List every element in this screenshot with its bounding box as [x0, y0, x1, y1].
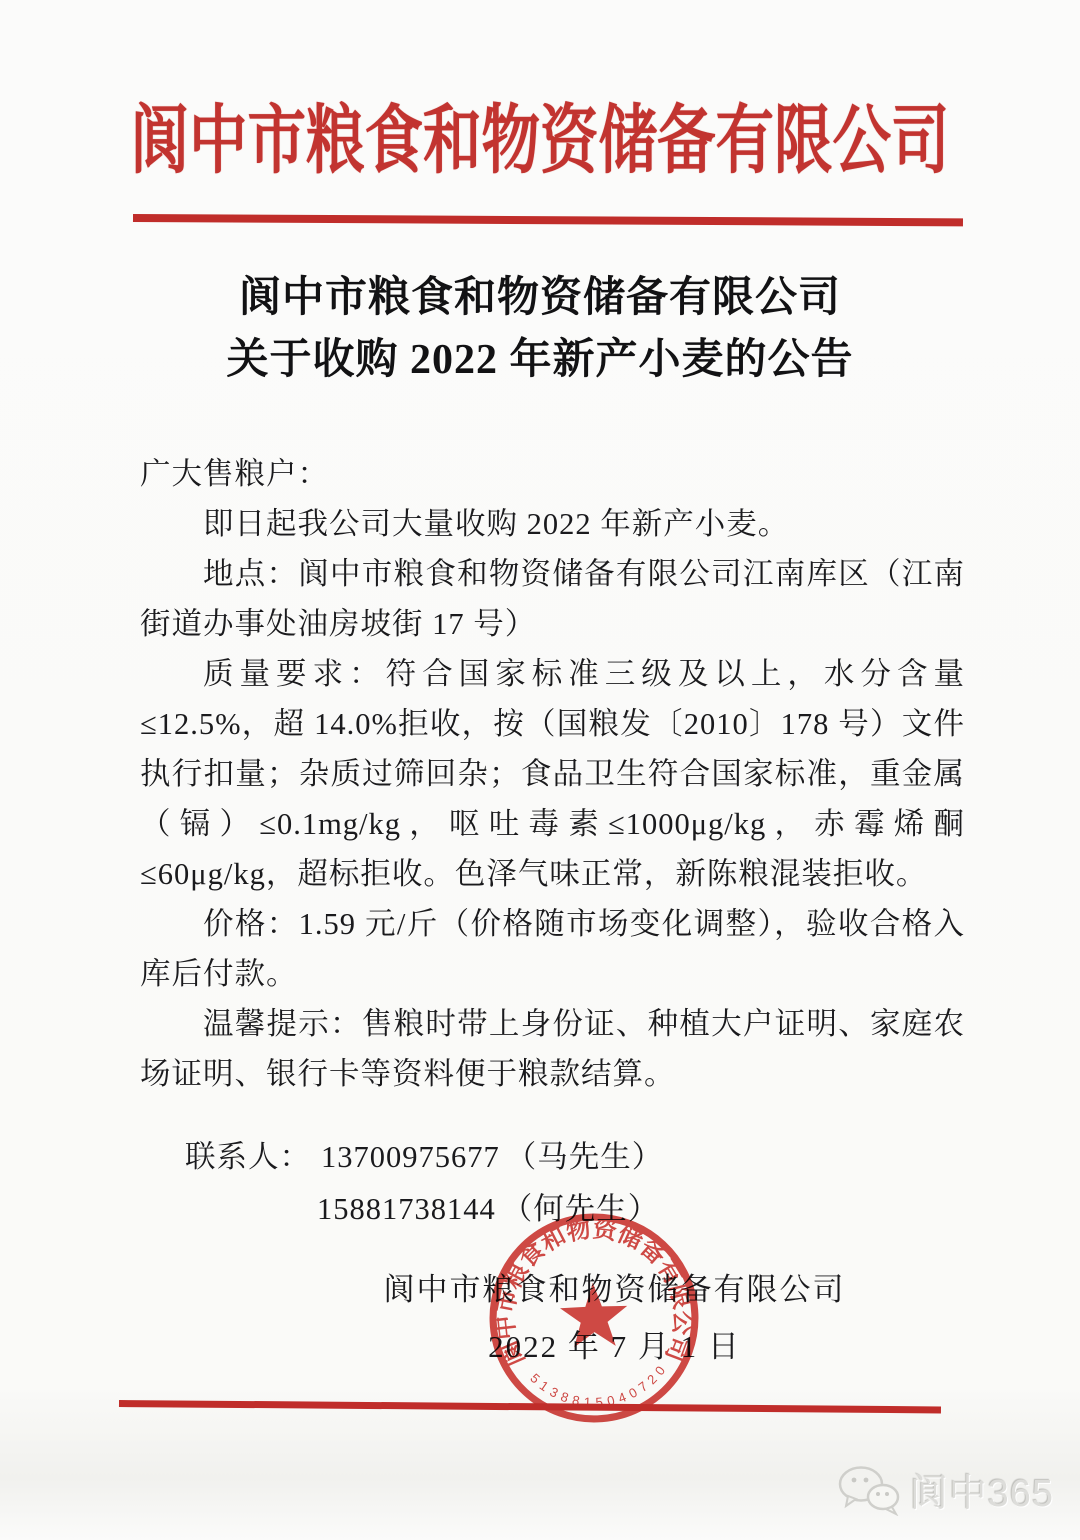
watermark: 阆中365: [836, 1462, 1054, 1517]
paragraph-purchase: 即日起我公司大量收购 2022 年新产小麦。: [140, 499, 965, 549]
paragraph-location: 地点：阆中市粮食和物资储备有限公司江南库区（江南街道办事处油房坡街 17 号）: [140, 549, 965, 649]
letterhead-divider-line: [133, 214, 963, 226]
company-seal-stamp: 阆中市粮食和物资储备有限公司 5138815040720: [482, 1206, 705, 1429]
paragraph-quality: 质量要求：符合国家标准三级及以上，水分含量≤12.5%，超 14.0%拒收，按（…: [140, 649, 965, 899]
scanned-notice-page: 阆中市粮食和物资储备有限公司 阆中市粮食和物资储备有限公司 关于收购 2022 …: [0, 0, 1080, 1540]
contact-phone-1: 13700975677: [321, 1140, 500, 1174]
paragraph-price: 价格：1.59 元/斤（价格随市场变化调整），验收合格入库后付款。: [140, 899, 965, 999]
letterhead: 阆中市粮食和物资储备有限公司: [0, 0, 1080, 179]
watermark-label: 阆中365: [910, 1462, 1054, 1517]
notice-title-line1: 阆中市粮食和物资储备有限公司: [0, 267, 1080, 329]
seal-star: [559, 1282, 628, 1348]
salutation: 广大售粮户：: [140, 449, 965, 499]
paragraph-tips: 温馨提示：售粮时带上身份证、种植大户证明、家庭农场证明、银行卡等资料便于粮款结算…: [140, 999, 965, 1099]
notice-title-line2: 关于收购 2022 年新产小麦的公告: [0, 329, 1080, 391]
contact-line-1: 联系人：13700975677（马先生）: [185, 1131, 965, 1183]
contact-label: 联系人：: [185, 1140, 311, 1174]
contact-phone-2: 15881738144: [317, 1192, 496, 1226]
contact-name-1: （马先生）: [506, 1140, 664, 1174]
letterhead-company-name: 阆中市粮食和物资储备有限公司: [130, 104, 949, 179]
wechat-icon: [836, 1464, 902, 1516]
notice-title: 阆中市粮食和物资储备有限公司 关于收购 2022 年新产小麦的公告: [0, 267, 1080, 391]
